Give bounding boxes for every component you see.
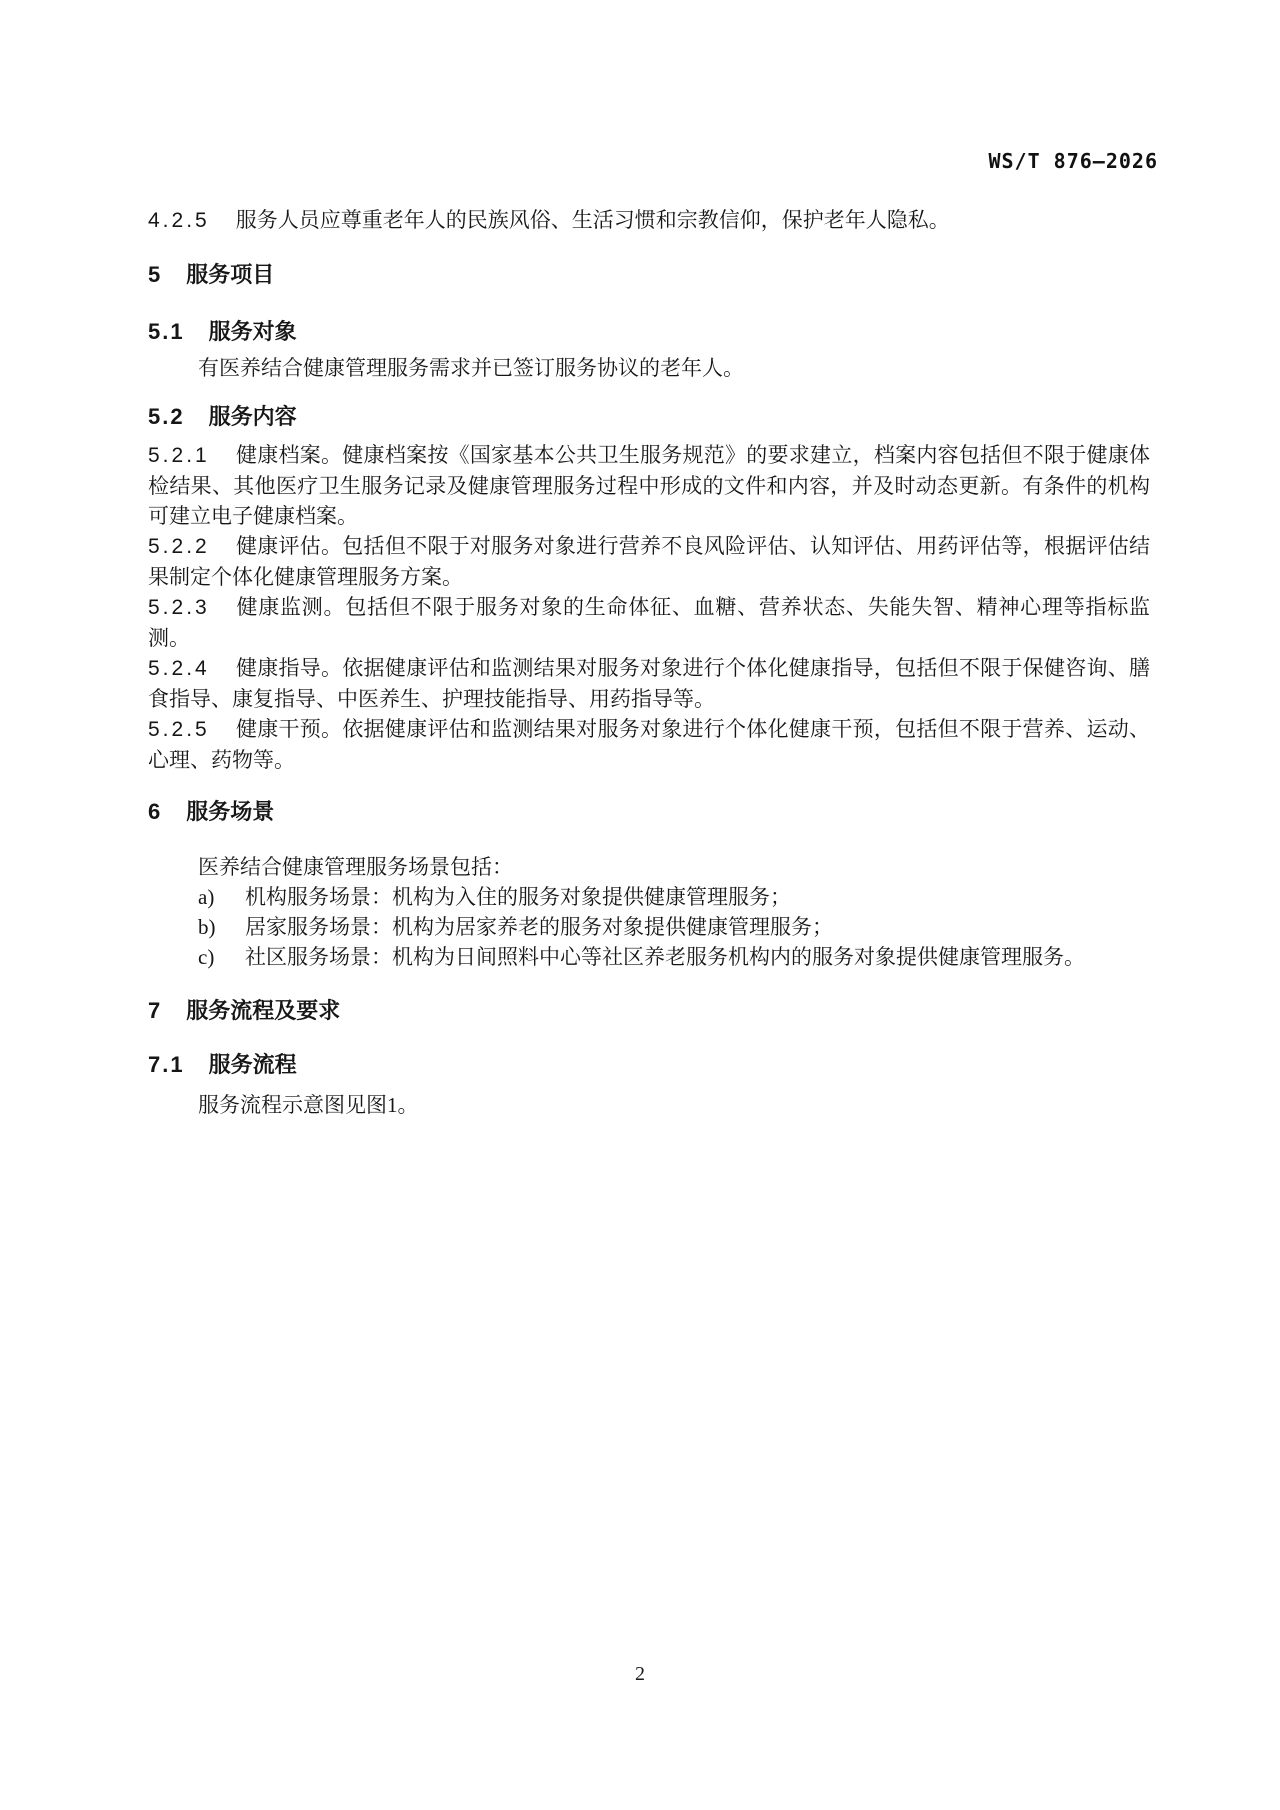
section-7-1-title: 服务流程 bbox=[209, 1052, 297, 1077]
section-7-1-number: 7.1 bbox=[148, 1052, 185, 1077]
list-item-a-marker: a) bbox=[198, 882, 245, 912]
clause-5-2-3: 5.2.3健康监测。包括但不限于服务对象的生命体征、血糖、营养状态、失能失智、精… bbox=[148, 592, 1150, 653]
section-7-number: 7 bbox=[148, 998, 162, 1023]
paragraph-5-1: 有医养结合健康管理服务需求并已签订服务协议的老年人。 bbox=[148, 353, 1150, 383]
paragraph-7-1: 服务流程示意图见图1。 bbox=[148, 1090, 1150, 1120]
clause-5-2-4: 5.2.4健康指导。依据健康评估和监测结果对服务对象进行个体化健康指导，包括但不… bbox=[148, 653, 1150, 714]
clause-4-2-5: 4.2.5服务人员应尊重老年人的民族风俗、生活习惯和宗教信仰，保护老年人隐私。 bbox=[148, 205, 1150, 236]
section-5-2-title: 服务内容 bbox=[209, 404, 297, 429]
page-content: WS/T 876—2026 4.2.5服务人员应尊重老年人的民族风俗、生活习惯和… bbox=[148, 0, 1150, 1120]
standard-number-header: WS/T 876—2026 bbox=[148, 146, 1158, 176]
document-page: WS/T 876—2026 4.2.5服务人员应尊重老年人的民族风俗、生活习惯和… bbox=[0, 0, 1280, 1810]
clause-5-2-3-text: 健康监测。包括但不限于服务对象的生命体征、血糖、营养状态、失能失智、精神心理等指… bbox=[148, 595, 1150, 650]
clause-5-2-2-number: 5.2.2 bbox=[148, 535, 236, 558]
clause-5-2-5-number: 5.2.5 bbox=[148, 718, 236, 741]
list-item-b: b)居家服务场景：机构为居家养老的服务对象提供健康管理服务； bbox=[198, 912, 1150, 942]
clause-4-2-5-number: 4.2.5 bbox=[148, 209, 236, 232]
section-5-2-number: 5.2 bbox=[148, 404, 185, 429]
list-item-c-marker: c) bbox=[198, 942, 245, 972]
list-item-c: c)社区服务场景：机构为日间照料中心等社区养老服务机构内的服务对象提供健康管理服… bbox=[198, 942, 1150, 972]
list-item-b-text: 居家服务场景：机构为居家养老的服务对象提供健康管理服务； bbox=[245, 915, 833, 939]
clause-5-2-1: 5.2.1健康档案。健康档案按《国家基本公共卫生服务规范》的要求建立，档案内容包… bbox=[148, 440, 1150, 531]
section-6-title: 服务场景 bbox=[186, 799, 274, 824]
clause-5-2-1-number: 5.2.1 bbox=[148, 444, 236, 467]
clause-5-2-4-number: 5.2.4 bbox=[148, 657, 236, 680]
list-item-c-text: 社区服务场景：机构为日间照料中心等社区养老服务机构内的服务对象提供健康管理服务。 bbox=[245, 945, 1085, 969]
list-item-a: a)机构服务场景：机构为入住的服务对象提供健康管理服务； bbox=[198, 882, 1150, 912]
clause-5-2-3-number: 5.2.3 bbox=[148, 596, 236, 619]
list-item-a-text: 机构服务场景：机构为入住的服务对象提供健康管理服务； bbox=[245, 885, 791, 909]
clause-5-2-5: 5.2.5健康干预。依据健康评估和监测结果对服务对象进行个体化健康干预，包括但不… bbox=[148, 714, 1150, 775]
clause-4-2-5-text: 服务人员应尊重老年人的民族风俗、生活习惯和宗教信仰，保护老年人隐私。 bbox=[236, 208, 950, 232]
section-5-title: 服务项目 bbox=[186, 262, 274, 287]
clause-5-2-1-text: 健康档案。健康档案按《国家基本公共卫生服务规范》的要求建立，档案内容包括但不限于… bbox=[148, 443, 1150, 528]
paragraph-6-intro: 医养结合健康管理服务场景包括： bbox=[148, 852, 1150, 882]
section-7-title: 服务流程及要求 bbox=[186, 998, 340, 1023]
clause-5-2-2: 5.2.2健康评估。包括但不限于对服务对象进行营养不良风险评估、认知评估、用药评… bbox=[148, 531, 1150, 592]
section-5-1-heading: 5.1服务对象 bbox=[148, 317, 1150, 347]
page-number: 2 bbox=[0, 1660, 1280, 1688]
section-5-1-number: 5.1 bbox=[148, 319, 185, 344]
section-6-heading: 6服务场景 bbox=[148, 797, 1150, 827]
section-5-number: 5 bbox=[148, 262, 162, 287]
clause-5-2-5-text: 健康干预。依据健康评估和监测结果对服务对象进行个体化健康干预，包括但不限于营养、… bbox=[148, 717, 1150, 772]
section-7-heading: 7服务流程及要求 bbox=[148, 996, 1150, 1026]
list-item-b-marker: b) bbox=[198, 912, 245, 942]
section-5-1-title: 服务对象 bbox=[209, 319, 297, 344]
clause-5-2-4-text: 健康指导。依据健康评估和监测结果对服务对象进行个体化健康指导，包括但不限于保健咨… bbox=[148, 656, 1150, 711]
section-7-1-heading: 7.1服务流程 bbox=[148, 1050, 1150, 1080]
section-6-number: 6 bbox=[148, 799, 162, 824]
clause-5-2-2-text: 健康评估。包括但不限于对服务对象进行营养不良风险评估、认知评估、用药评估等，根据… bbox=[148, 534, 1150, 589]
section-5-heading: 5服务项目 bbox=[148, 260, 1150, 290]
section-5-2-heading: 5.2服务内容 bbox=[148, 402, 1150, 432]
